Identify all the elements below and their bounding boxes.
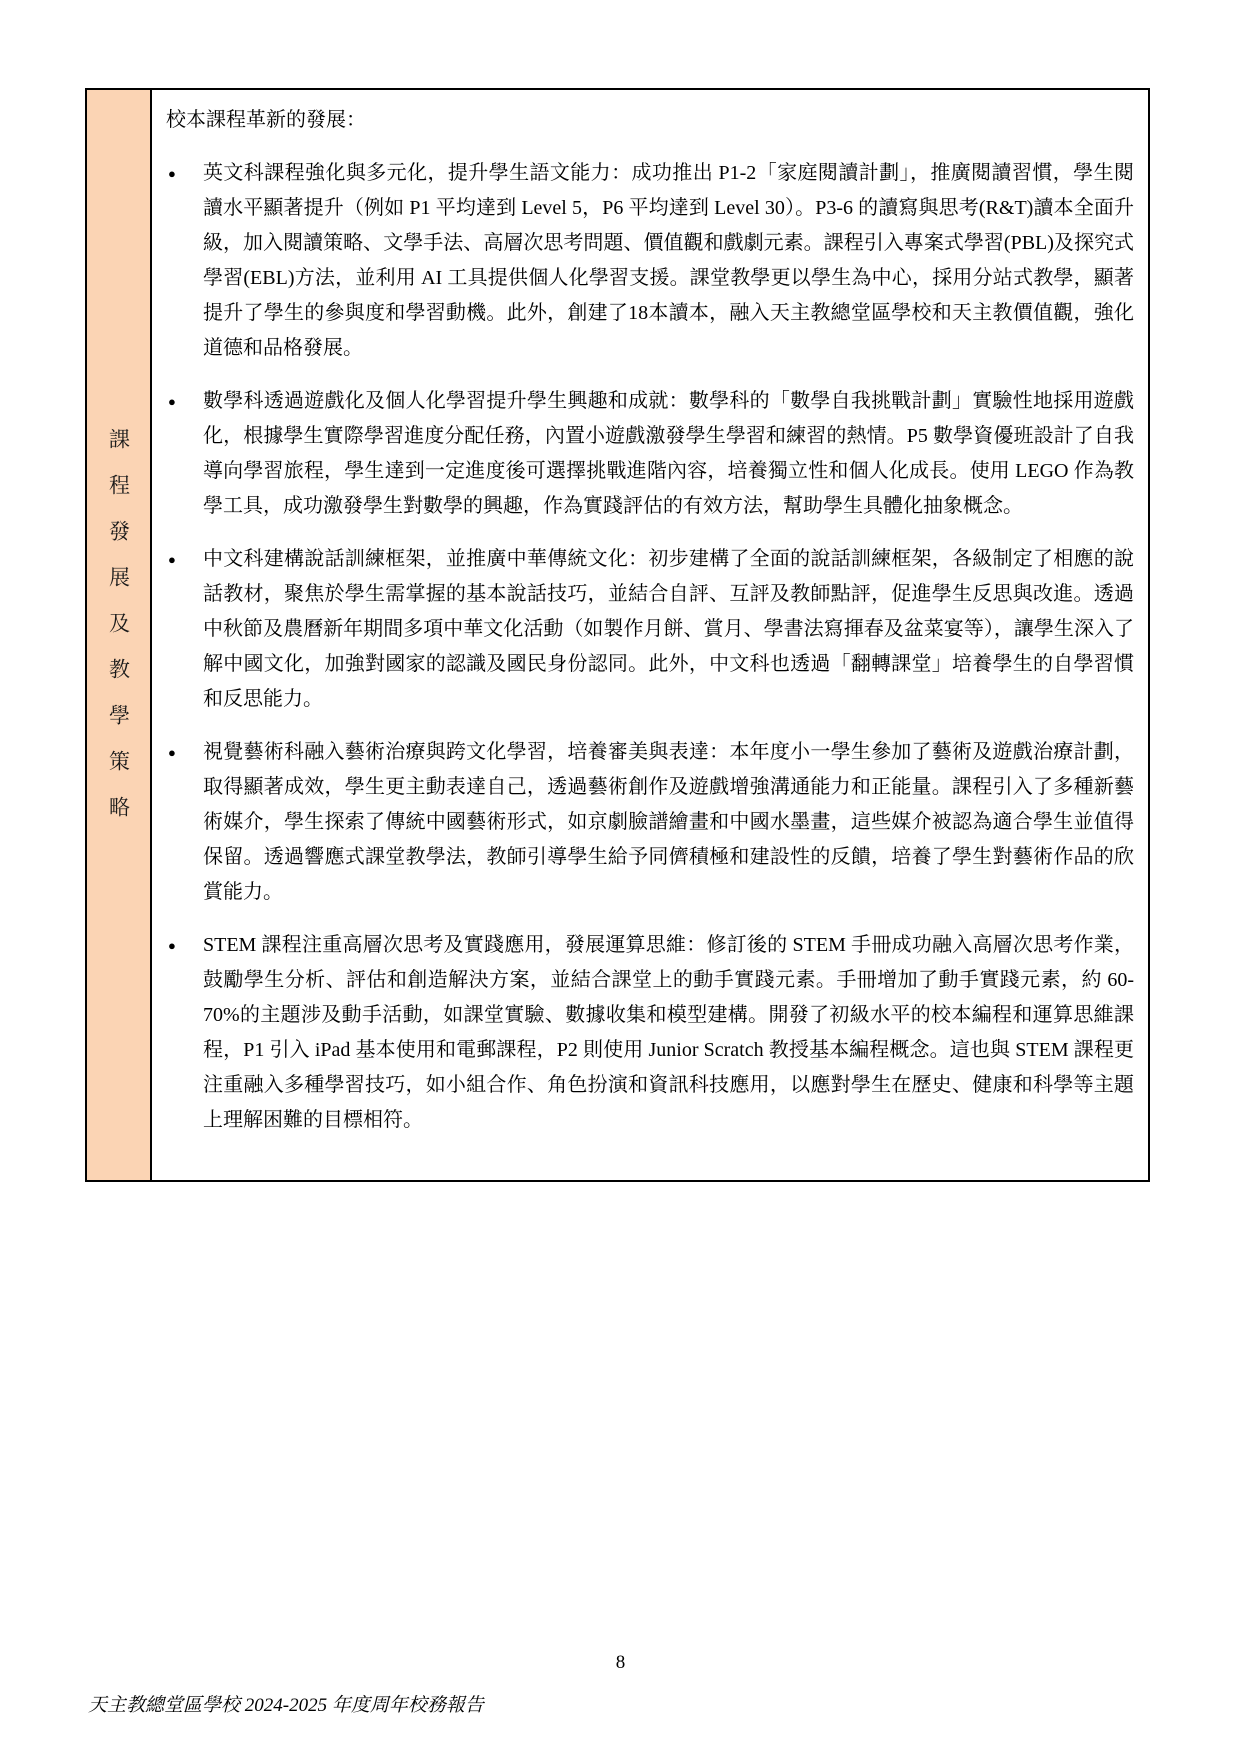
bullet-icon: ● (166, 384, 203, 524)
bullet-text: 數學科透過遊戲化及個人化學習提升學生興趣和成就：數學科的「數學自我挑戰計劃」實驗… (203, 384, 1134, 524)
bullet-item: ● 數學科透過遊戲化及個人化學習提升學生興趣和成就：數學科的「數學自我挑戰計劃」… (166, 384, 1134, 524)
bullet-text: 中文科建構說話訓練框架，並推廣中華傳統文化：初步建構了全面的說話訓練框架，各級制… (203, 542, 1134, 717)
page-number: 8 (0, 1652, 1241, 1674)
bullet-item: ● STEM 課程注重高層次思考及實踐應用，發展運算思維：修訂後的 STEM 手… (166, 928, 1134, 1138)
bullet-list: ● 英文科課程強化與多元化，提升學生語文能力：成功推出 P1-2「家庭閱讀計劃」… (166, 156, 1134, 1138)
section-heading: 校本課程革新的發展： (166, 103, 1134, 138)
bullet-icon: ● (166, 928, 203, 1138)
bullet-item: ● 英文科課程強化與多元化，提升學生語文能力：成功推出 P1-2「家庭閱讀計劃」… (166, 156, 1134, 366)
bullet-item: ● 中文科建構說話訓練框架，並推廣中華傳統文化：初步建構了全面的說話訓練框架，各… (166, 542, 1134, 717)
bullet-item: ● 視覺藝術科融入藝術治療與跨文化學習，培養審美與表達：本年度小一學生參加了藝術… (166, 735, 1134, 910)
bullet-text: STEM 課程注重高層次思考及實踐應用，發展運算思維：修訂後的 STEM 手冊成… (203, 928, 1134, 1138)
bullet-text: 英文科課程強化與多元化，提升學生語文能力：成功推出 P1-2「家庭閱讀計劃」，推… (203, 156, 1134, 366)
category-label: 課程發展及教學策略 (104, 428, 134, 842)
report-table: 課程發展及教學策略 校本課程革新的發展： ● 英文科課程強化與多元化，提升學生語… (85, 88, 1150, 1182)
content-cell: 校本課程革新的發展： ● 英文科課程強化與多元化，提升學生語文能力：成功推出 P… (152, 90, 1148, 1180)
bullet-icon: ● (166, 156, 203, 366)
category-cell: 課程發展及教學策略 (87, 90, 152, 1180)
document-page: 課程發展及教學策略 校本課程革新的發展： ● 英文科課程強化與多元化，提升學生語… (0, 0, 1241, 1755)
bullet-text: 視覺藝術科融入藝術治療與跨文化學習，培養審美與表達：本年度小一學生參加了藝術及遊… (203, 735, 1134, 910)
footer-text: 天主教總堂區學校 2024-2025 年度周年校務報告 (88, 1690, 484, 1717)
bullet-icon: ● (166, 542, 203, 717)
bullet-icon: ● (166, 735, 203, 910)
